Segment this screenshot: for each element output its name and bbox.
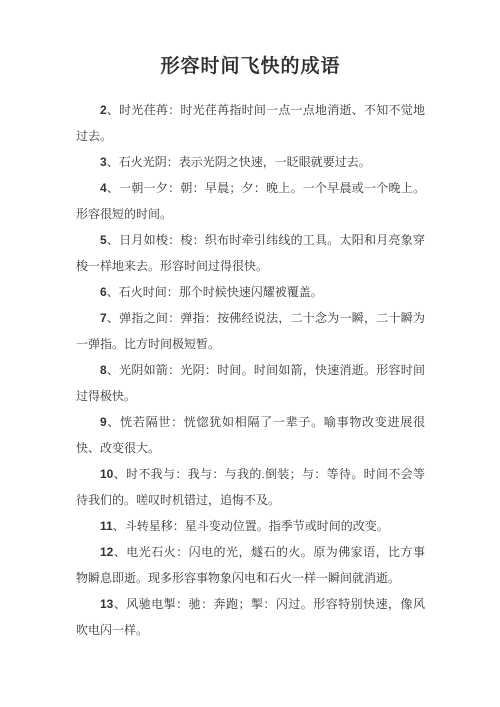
idiom-item-6: 6、石火时间：那个时候快速闪耀被覆盖。	[76, 279, 425, 305]
item-text: 、时不我与：我与：与我的.倒装；与：等待。时间不会等待我们的。嗟叹时机错过，追悔…	[76, 467, 425, 507]
page-title: 形容时间飞快的成语	[76, 52, 425, 82]
item-text: 、恍若隔世：恍惚犹如相隔了一辈子。喻事物改变进展很快、改变很大。	[76, 415, 425, 455]
item-number: 13	[100, 597, 113, 611]
idiom-item-9: 9、恍若隔世：恍惚犹如相隔了一辈子。喻事物改变进展很快、改变很大。	[76, 409, 425, 461]
item-number: 5	[100, 233, 107, 247]
idiom-item-7: 7、弹指之间：弹指：按佛经说法，二十念为一瞬，二十瞬为一弹指。比方时间极短暂。	[76, 305, 425, 357]
idiom-item-12: 12、电光石火：闪电的光，燧石的火。原为佛家语，比方事物瞬息即逝。现多形容事物象…	[76, 539, 425, 591]
idiom-item-3: 3、石火光阴：表示光阴之快速，一眨眼就要过去。	[76, 149, 425, 175]
item-text: 、石火时间：那个时候快速闪耀被覆盖。	[107, 285, 323, 299]
item-number: 3	[100, 155, 107, 169]
item-text: 、一朝一夕：朝：早晨；夕：晚上。一个早晨或一个晚上。形容很短的时间。	[76, 181, 425, 221]
item-number: 2	[100, 103, 107, 117]
item-text: 、时光荏苒：时光荏苒指时间一点一点地消逝、不知不觉地过去。	[76, 103, 425, 143]
document-page: 形容时间飞快的成语 2、时光荏苒：时光荏苒指时间一点一点地消逝、不知不觉地过去。…	[0, 0, 500, 707]
idiom-item-4: 4、一朝一夕：朝：早晨；夕：晚上。一个早晨或一个晚上。形容很短的时间。	[76, 175, 425, 227]
item-text: 、斗转星移：星斗变动位置。指季节或时间的改变。	[113, 519, 389, 533]
item-text: 、石火光阴：表示光阴之快速，一眨眼就要过去。	[107, 155, 371, 169]
idiom-item-5: 5、日月如梭：梭：织布时牵引纬线的工具。太阳和月亮象穿梭一样地来去。形容时间过得…	[76, 227, 425, 279]
item-number: 8	[100, 363, 107, 377]
idiom-item-13: 13、风驰电掣：驰：奔跑；掣：闪过。形容特别快速，像风吹电闪一样。	[76, 591, 425, 643]
item-text: 、弹指之间：弹指：按佛经说法，二十念为一瞬，二十瞬为一弹指。比方时间极短暂。	[76, 311, 425, 351]
item-number: 11	[100, 519, 113, 533]
idiom-item-10: 10、时不我与：我与：与我的.倒装；与：等待。时间不会等待我们的。嗟叹时机错过，…	[76, 461, 425, 513]
item-text: 、光阴如箭：光阴：时间。时间如箭，快速消逝。形容时间过得极快。	[76, 363, 425, 403]
item-number: 12	[100, 545, 113, 559]
item-text: 、日月如梭：梭：织布时牵引纬线的工具。太阳和月亮象穿梭一样地来去。形容时间过得很…	[76, 233, 425, 273]
item-text: 、电光石火：闪电的光，燧石的火。原为佛家语，比方事物瞬息即逝。现多形容事物象闪电…	[76, 545, 425, 585]
item-number: 7	[100, 311, 107, 325]
item-number: 10	[100, 467, 113, 481]
idiom-item-2: 2、时光荏苒：时光荏苒指时间一点一点地消逝、不知不觉地过去。	[76, 97, 425, 149]
idiom-item-11: 11、斗转星移：星斗变动位置。指季节或时间的改变。	[76, 513, 425, 539]
item-number: 4	[100, 181, 107, 195]
item-text: 、风驰电掣：驰：奔跑；掣：闪过。形容特别快速，像风吹电闪一样。	[76, 597, 425, 637]
item-number: 6	[100, 285, 107, 299]
idiom-item-8: 8、光阴如箭：光阴：时间。时间如箭，快速消逝。形容时间过得极快。	[76, 357, 425, 409]
item-number: 9	[100, 415, 107, 429]
